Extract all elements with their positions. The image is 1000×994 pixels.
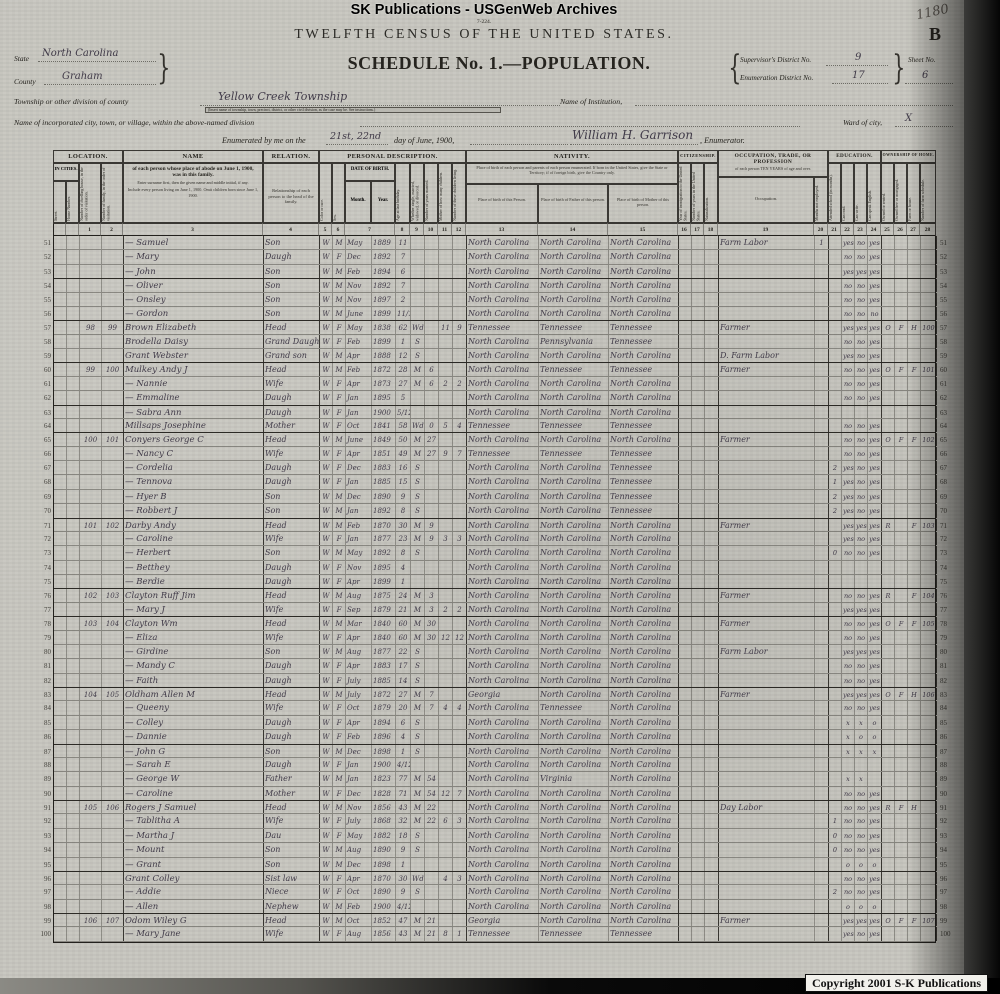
cell-attended-school (829, 293, 842, 306)
census-row: 81— Mandy CDaughWFApr188317SNorth Caroli… (54, 659, 935, 673)
cell-mother-of (439, 293, 453, 306)
cell-can-speak-english: yes (868, 490, 882, 503)
cell-children-living (453, 250, 467, 263)
cell-pob-father: North Carolina (539, 645, 609, 658)
cell-years-married (425, 406, 439, 418)
cell-birth-year: 1870 (372, 519, 396, 531)
cell-children-living: 2 (453, 377, 467, 390)
cell-street (54, 250, 67, 263)
cell-can-speak-english: yes (868, 659, 882, 672)
cell-marital: Wd (411, 872, 425, 884)
census-row: 98— AllenNephewWMFeb19004/12North Caroli… (54, 900, 935, 914)
cell-owned-free (895, 391, 908, 404)
cell-marital: S (411, 730, 425, 743)
cell-immigration (679, 575, 692, 588)
cell-years-in-us (692, 758, 705, 771)
cell-owned-free (895, 279, 908, 291)
column-number: 1 (79, 223, 101, 236)
line-number-left: 84 (38, 701, 54, 714)
cell-farm-schedule (921, 631, 937, 644)
cell-owned-rented (882, 236, 895, 249)
line-number-left: 91 (38, 801, 54, 813)
cell-farm-schedule (921, 532, 937, 545)
cell-occupation (719, 674, 815, 687)
cell-marital: M (411, 772, 425, 785)
cell-birth-month: Feb (346, 265, 372, 278)
cell-can-write: o (855, 900, 868, 913)
cell-sex: M (333, 688, 346, 700)
cell-mother-of (439, 745, 453, 757)
cell-owned-free (895, 377, 908, 390)
cell-birth-month: May (346, 546, 372, 559)
cell-name: — Emmaline (124, 391, 264, 404)
cell-naturalization (705, 843, 719, 856)
census-row: 72— CarolineWifeWFJan187723M933North Car… (54, 532, 935, 546)
line-number-left: 57 (38, 321, 54, 333)
cell-dwelling (80, 391, 102, 404)
cell-pob-father: North Carolina (539, 265, 609, 278)
cell-immigration (679, 716, 692, 729)
cell-mother-of (439, 645, 453, 658)
cell-years-in-us (692, 519, 705, 531)
cell-farm-schedule: 103 (921, 519, 937, 531)
cell-mother-of (439, 914, 453, 926)
cell-can-read: x (842, 730, 855, 743)
cell-pob: North Carolina (467, 250, 539, 263)
cell-mother-of (439, 279, 453, 291)
cell-owned-rented (882, 293, 895, 306)
cell-owned-rented (882, 307, 895, 320)
cell-birth-month: May (346, 321, 372, 333)
cell-owned-free (895, 589, 908, 601)
col-farm-house: Farm or house. (907, 163, 920, 223)
cell-family (102, 787, 124, 800)
census-row: 86— DannieDaughWFFeb18964SNorth Carolina… (54, 730, 935, 744)
cell-naturalization (705, 927, 719, 940)
column-number: 9 (410, 223, 424, 236)
cell-pob: North Carolina (467, 843, 539, 856)
cell-can-speak-english: yes (868, 447, 882, 460)
cell-immigration (679, 546, 692, 559)
cell-birth-month: Aug (346, 843, 372, 856)
cell-name: — Queeny (124, 701, 264, 714)
cell-street (54, 561, 67, 574)
line-number-right: 51 (937, 236, 953, 249)
cell-street (54, 575, 67, 588)
cell-can-write: no (855, 293, 868, 306)
cell-relation: Daugh (264, 758, 320, 771)
cell-street (54, 814, 67, 827)
enumerated-dates: 21st, 22nd (330, 131, 381, 142)
column-number: 22 (841, 223, 854, 236)
cell-farm-schedule (921, 561, 937, 574)
cell-years-married (425, 349, 439, 362)
cell-family (102, 814, 124, 827)
cell-can-write: no (855, 433, 868, 445)
cell-months-not-employed (815, 631, 829, 644)
cell-naturalization (705, 363, 719, 375)
cell-pob: North Carolina (467, 433, 539, 445)
census-row: 93— Martha JDauWFMay188218SNorth Carolin… (54, 829, 935, 843)
cell-pob-mother: North Carolina (609, 575, 679, 588)
cell-street (54, 265, 67, 278)
cell-can-read: yes (842, 265, 855, 278)
cell-farm-house (908, 758, 921, 771)
cell-years-married: 6 (425, 377, 439, 390)
cell-mother-of (439, 490, 453, 503)
column-number: 19 (718, 223, 814, 236)
cell-children-living (453, 391, 467, 404)
cell-years-married (425, 858, 439, 871)
cell-age: 23 (396, 532, 411, 545)
cell-owned-rented (882, 532, 895, 545)
cell-can-write: no (855, 829, 868, 842)
cell-can-speak-english: yes (868, 461, 882, 474)
cell-naturalization (705, 801, 719, 813)
cell-dwelling (80, 829, 102, 842)
line-number-left: 96 (38, 872, 54, 884)
cell-years-married: 21 (425, 914, 439, 926)
cell-farm-house (908, 250, 921, 263)
cell-owned-free (895, 561, 908, 574)
cell-years-married: 22 (425, 801, 439, 813)
cell-birth-month: July (346, 674, 372, 687)
cell-attended-school: 0 (829, 546, 842, 559)
cell-age: 8 (396, 504, 411, 517)
cell-months-not-employed (815, 575, 829, 588)
cell-can-write: no (855, 617, 868, 629)
cell-house (67, 250, 80, 263)
cell-color: W (320, 589, 333, 601)
cell-house (67, 758, 80, 771)
cell-age: 4 (396, 730, 411, 743)
cell-farm-schedule (921, 900, 937, 913)
cell-owned-rented (882, 674, 895, 687)
cell-can-speak-english: o (868, 900, 882, 913)
cell-owned-free (895, 758, 908, 771)
cell-pob: North Carolina (467, 617, 539, 629)
line-number-right: 74 (937, 561, 953, 574)
census-table: LOCATION. NAME RELATION. PERSONAL DESCRI… (37, 150, 952, 943)
cell-family (102, 250, 124, 263)
census-row: 90— CarolineMotherWFDec182871M54127North… (54, 787, 935, 801)
cell-children-living (453, 475, 467, 488)
cell-name: — Herbert (124, 546, 264, 559)
cell-age: 11/12 (396, 307, 411, 320)
cell-birth-month: Aug (346, 645, 372, 658)
line-number-left: 56 (38, 307, 54, 320)
cell-family (102, 730, 124, 743)
column-number (66, 223, 79, 236)
cell-years-married (425, 745, 439, 757)
cell-children-living (453, 293, 467, 306)
cell-dwelling (80, 279, 102, 291)
cell-birth-month: Nov (346, 279, 372, 291)
cell-can-write (855, 575, 868, 588)
cell-farm-house (908, 659, 921, 672)
cell-age: 8 (396, 546, 411, 559)
cell-mother-of (439, 250, 453, 263)
cell-name: Clayton Ruff Jim (124, 589, 264, 601)
line-number-right: 92 (937, 814, 953, 827)
cell-marital (411, 900, 425, 913)
cell-pob-father: Tennessee (539, 419, 609, 432)
cell-birth-year: 1879 (372, 603, 396, 616)
cell-pob-father: North Carolina (539, 814, 609, 827)
cell-street (54, 391, 67, 404)
cell-occupation (719, 829, 815, 842)
cell-owned-free (895, 659, 908, 672)
line-number-right: 99 (937, 914, 953, 926)
column-number: 7 (345, 223, 395, 236)
cell-color: W (320, 631, 333, 644)
cell-sex: F (333, 701, 346, 714)
cell-relation: Sist law (264, 872, 320, 884)
line-number-right: 59 (937, 349, 953, 362)
cell-months-not-employed (815, 688, 829, 700)
cell-owned-rented (882, 349, 895, 362)
cell-dwelling (80, 419, 102, 432)
cell-attended-school (829, 701, 842, 714)
township-rule (200, 105, 560, 106)
cell-can-write: yes (855, 519, 868, 531)
cell-months-not-employed (815, 843, 829, 856)
cell-family (102, 716, 124, 729)
census-row: 99106107Odom Wiley GHeadWMOct185247M21Ge… (54, 913, 935, 927)
cell-naturalization (705, 858, 719, 871)
cell-birth-year: 1895 (372, 561, 396, 574)
cell-sex: F (333, 659, 346, 672)
cell-pob: Georgia (467, 914, 539, 926)
cell-months-not-employed (815, 787, 829, 800)
cell-farm-schedule: 102 (921, 433, 937, 445)
cell-can-read (842, 758, 855, 771)
cell-owned-free (895, 236, 908, 249)
cell-immigration (679, 872, 692, 884)
cell-pob: North Carolina (467, 391, 539, 404)
cell-months-not-employed (815, 730, 829, 743)
cell-house (67, 475, 80, 488)
cell-children-living (453, 914, 467, 926)
cell-relation: Head (264, 363, 320, 375)
cell-pob-father: North Carolina (539, 293, 609, 306)
cell-naturalization (705, 250, 719, 263)
cell-sex: F (333, 561, 346, 574)
cell-owned-rented (882, 475, 895, 488)
line-number-right: 55 (937, 293, 953, 306)
col-sex: Sex. (332, 163, 345, 223)
line-number-left: 58 (38, 335, 54, 348)
line-number-left: 54 (38, 279, 54, 291)
census-row: 84— QueenyWifeWFOct187920M744North Carol… (54, 701, 935, 715)
census-row: 88— Sarah EDaughWFJan19004/12North Carol… (54, 758, 935, 772)
cell-years-in-us (692, 307, 705, 320)
cell-family (102, 575, 124, 588)
cell-family (102, 475, 124, 488)
cell-pob: North Carolina (467, 265, 539, 278)
cell-years-married: 27 (425, 447, 439, 460)
cell-years-in-us (692, 858, 705, 871)
cell-pob: North Carolina (467, 589, 539, 601)
cell-mother-of: 4 (439, 701, 453, 714)
line-number-left: 53 (38, 265, 54, 278)
cell-naturalization (705, 730, 719, 743)
cell-can-write: no (855, 279, 868, 291)
cell-can-read: x (842, 745, 855, 757)
col-marital: Whether single, married, widowed, or div… (410, 163, 424, 223)
cell-birth-year: 1900 (372, 758, 396, 771)
cell-mother-of: 8 (439, 927, 453, 940)
cell-naturalization (705, 461, 719, 474)
cell-birth-year: 1856 (372, 927, 396, 940)
cell-attended-school (829, 279, 842, 291)
cell-owned-free (895, 858, 908, 871)
cell-can-write: no (855, 589, 868, 601)
cell-birth-year: 1840 (372, 631, 396, 644)
cell-color: W (320, 419, 333, 432)
schedule-title: SCHEDULE No. 1.—POPULATION. (284, 53, 714, 74)
cell-birth-month: Feb (346, 363, 372, 375)
cell-can-write: no (855, 349, 868, 362)
column-number: 14 (538, 223, 608, 236)
cell-dwelling: 99 (80, 363, 102, 375)
cell-naturalization (705, 433, 719, 445)
cell-house (67, 645, 80, 658)
cell-owned-free (895, 293, 908, 306)
cell-birth-month: May (346, 829, 372, 842)
cell-owned-rented (882, 645, 895, 658)
cell-house (67, 391, 80, 404)
cell-sex: F (333, 475, 346, 488)
cell-family (102, 279, 124, 291)
cell-color: W (320, 772, 333, 785)
cell-family (102, 900, 124, 913)
cell-attended-school (829, 265, 842, 278)
cell-color: W (320, 814, 333, 827)
census-row: 79— ElizaWifeWFApr184060M301212North Car… (54, 631, 935, 645)
cell-sex: M (333, 617, 346, 629)
cell-years-married: 30 (425, 631, 439, 644)
cell-owned-rented (882, 377, 895, 390)
cell-dwelling (80, 900, 102, 913)
cell-birth-year: 1856 (372, 801, 396, 813)
owned-rented-label: Owned or rented. (882, 164, 893, 222)
cell-dwelling: 98 (80, 321, 102, 333)
cell-farm-schedule (921, 265, 937, 278)
cell-attended-school (829, 716, 842, 729)
cell-years-married (425, 575, 439, 588)
cell-color: W (320, 801, 333, 813)
cell-can-speak-english (868, 561, 882, 574)
cell-house (67, 659, 80, 672)
cell-age: 6 (396, 265, 411, 278)
line-number-right: 52 (937, 250, 953, 263)
cell-sex: M (333, 772, 346, 785)
cell-name: Darby Andy (124, 519, 264, 531)
cell-farm-house (908, 335, 921, 348)
cell-occupation: Farmer (719, 914, 815, 926)
col-can-write: Can write. (854, 163, 867, 223)
cell-immigration (679, 461, 692, 474)
column-number: 13 (466, 223, 538, 236)
cell-months-not-employed (815, 674, 829, 687)
name-sub1: of each person whose place of abode on J… (124, 164, 262, 179)
cell-owned-free (895, 872, 908, 884)
scanned-census-page: SK Publications - USGenWeb Archives 7-22… (0, 0, 968, 980)
line-number-left: 98 (38, 900, 54, 913)
county-label: County (14, 77, 36, 86)
cell-owned-free (895, 814, 908, 827)
cell-house (67, 914, 80, 926)
color-label: Color or race. (320, 164, 331, 222)
cell-dwelling (80, 787, 102, 800)
cell-farm-house: F (908, 617, 921, 629)
age-label: Age at last birthday. (396, 164, 409, 222)
cell-mother-of (439, 433, 453, 445)
line-number-right: 71 (937, 519, 953, 531)
cell-dwelling (80, 406, 102, 418)
cell-birth-year: 1852 (372, 914, 396, 926)
ward-rule (895, 126, 953, 127)
col-house-number: House Number. (66, 181, 79, 223)
cell-immigration (679, 236, 692, 249)
cell-street (54, 532, 67, 545)
cell-family: 99 (102, 321, 124, 333)
cell-mother-of (439, 546, 453, 559)
line-number-right: 96 (937, 872, 953, 884)
cell-name: — John G (124, 745, 264, 757)
cell-farm-schedule (921, 716, 937, 729)
cell-house (67, 321, 80, 333)
cell-house (67, 772, 80, 785)
cell-can-read: yes (842, 927, 855, 940)
cell-sex: F (333, 885, 346, 898)
cell-mother-of (439, 858, 453, 871)
cell-occupation (719, 885, 815, 898)
cell-farm-house (908, 475, 921, 488)
cell-mother-of: 11 (439, 321, 453, 333)
cell-immigration (679, 335, 692, 348)
cell-children-living (453, 745, 467, 757)
cell-name: — Berdie (124, 575, 264, 588)
line-number-right: 81 (937, 659, 953, 672)
cell-attended-school (829, 745, 842, 757)
months-not-employed-label: Months not employed. (815, 178, 827, 222)
cell-occupation: Day Labor (719, 801, 815, 813)
cell-years-in-us (692, 829, 705, 842)
cell-occupation (719, 279, 815, 291)
cell-marital: M (411, 631, 425, 644)
cell-immigration (679, 561, 692, 574)
cell-months-not-employed (815, 391, 829, 404)
cell-sex: F (333, 829, 346, 842)
line-number-left: 71 (38, 519, 54, 531)
cell-years-married (425, 758, 439, 771)
cell-street (54, 349, 67, 362)
cell-can-read: no (842, 433, 855, 445)
cell-color: W (320, 279, 333, 291)
cell-months-not-employed (815, 433, 829, 445)
cell-street (54, 236, 67, 249)
cell-pob-father: Tennessee (539, 701, 609, 714)
cell-attended-school (829, 377, 842, 390)
cell-can-write: no (855, 335, 868, 348)
cell-mother-of: 4 (439, 872, 453, 884)
city-rule (360, 126, 800, 127)
cell-can-read: no (842, 872, 855, 884)
group-occupation-title: OCCUPATION, TRADE, OR PROFESSION (719, 151, 827, 165)
cell-name: Grant Colley (124, 872, 264, 884)
